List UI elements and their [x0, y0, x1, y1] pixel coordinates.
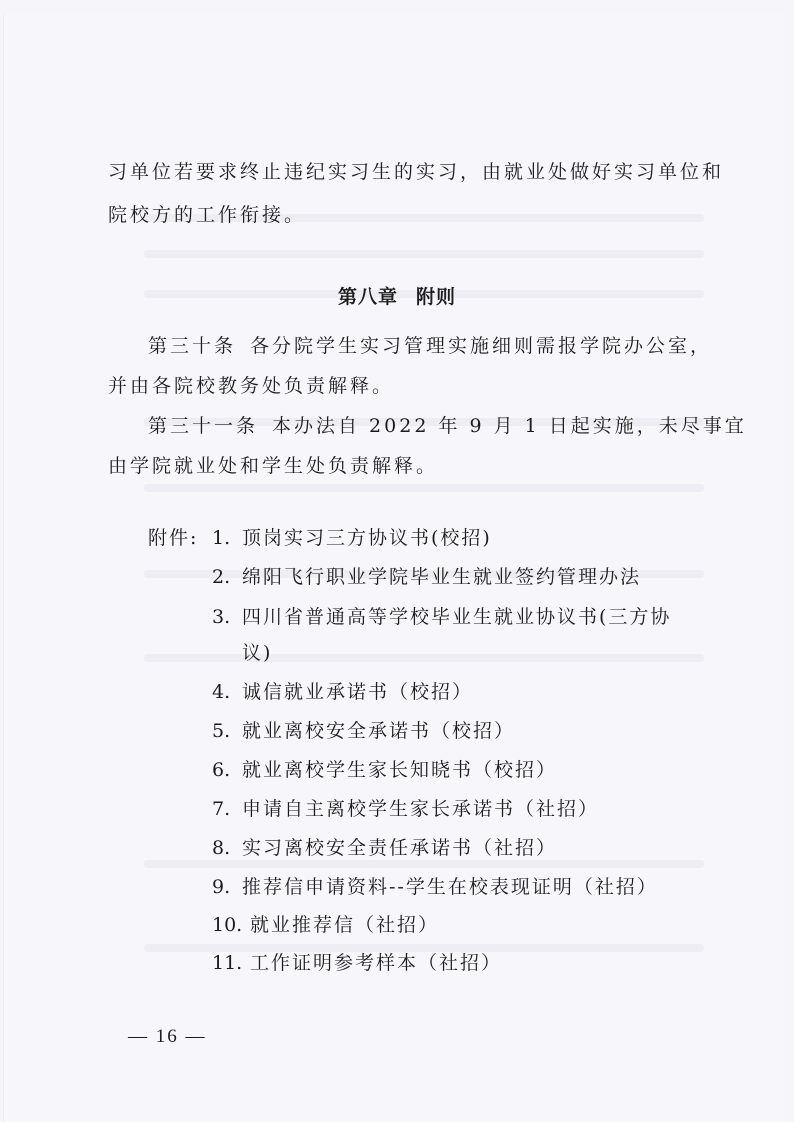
attachment-item: 6.就业离校学生家长知晓书（校招）	[212, 758, 557, 782]
chapter-number: 第八章	[338, 286, 398, 308]
attachments-label: 附件:	[148, 526, 198, 550]
attachment-item: 7.申请自主离校学生家长承诺书（社招）	[212, 797, 599, 821]
attachment-item: 4.诚信就业承诺书（校招）	[212, 680, 473, 704]
attachment-item: 8.实习离校安全责任承诺书（社招）	[212, 836, 557, 860]
article-label: 第三十一条	[148, 415, 258, 437]
article-label: 第三十条	[148, 335, 236, 357]
attachment-item-continued: 议)	[242, 641, 272, 665]
page-number: — 16 —	[128, 1026, 207, 1048]
paragraph-line: 习单位若要求终止违纪实习生的实习，由就业处做好实习单位和	[108, 160, 724, 184]
bleed-through-text	[144, 654, 704, 662]
attachment-item: 11.工作证明参考样本（社招）	[212, 951, 502, 975]
article-31-line1: 第三十一条本办法自 2022 年 9 月 1 日起实施，未尽事宜	[148, 414, 747, 438]
article-text: 本办法自 2022 年 9 月 1 日起实施，未尽事宜	[272, 415, 747, 437]
article-30-line2: 并由各院校教务处负责解释。	[108, 374, 394, 398]
attachment-item: 3.四川省普通高等学校毕业生就业协议书(三方协	[212, 605, 671, 629]
attachment-item: 10.就业推荐信（社招）	[212, 913, 439, 937]
attachment-item: 9.推荐信申请资料--学生在校表现证明（社招）	[212, 875, 658, 899]
article-31-line2: 由学院就业处和学生处负责解释。	[108, 454, 438, 478]
attachment-item: 1.顶岗实习三方协议书(校招)	[212, 526, 492, 550]
chapter-heading: 第八章附则	[0, 282, 794, 309]
article-text: 各分院学生实习管理实施细则需报学院办公室，	[250, 335, 712, 357]
attachment-item: 2.绵阳飞行职业学院毕业生就业签约管理办法	[212, 565, 641, 589]
bleed-through-text	[144, 484, 704, 492]
article-30-line1: 第三十条各分院学生实习管理实施细则需报学院办公室，	[148, 334, 712, 358]
bleed-through-text	[144, 860, 704, 868]
paragraph-line: 院校方的工作衔接。	[108, 203, 306, 227]
bleed-through-text	[144, 250, 704, 258]
attachment-item: 5.就业离校安全承诺书（校招）	[212, 719, 515, 743]
chapter-title: 附则	[416, 286, 456, 308]
